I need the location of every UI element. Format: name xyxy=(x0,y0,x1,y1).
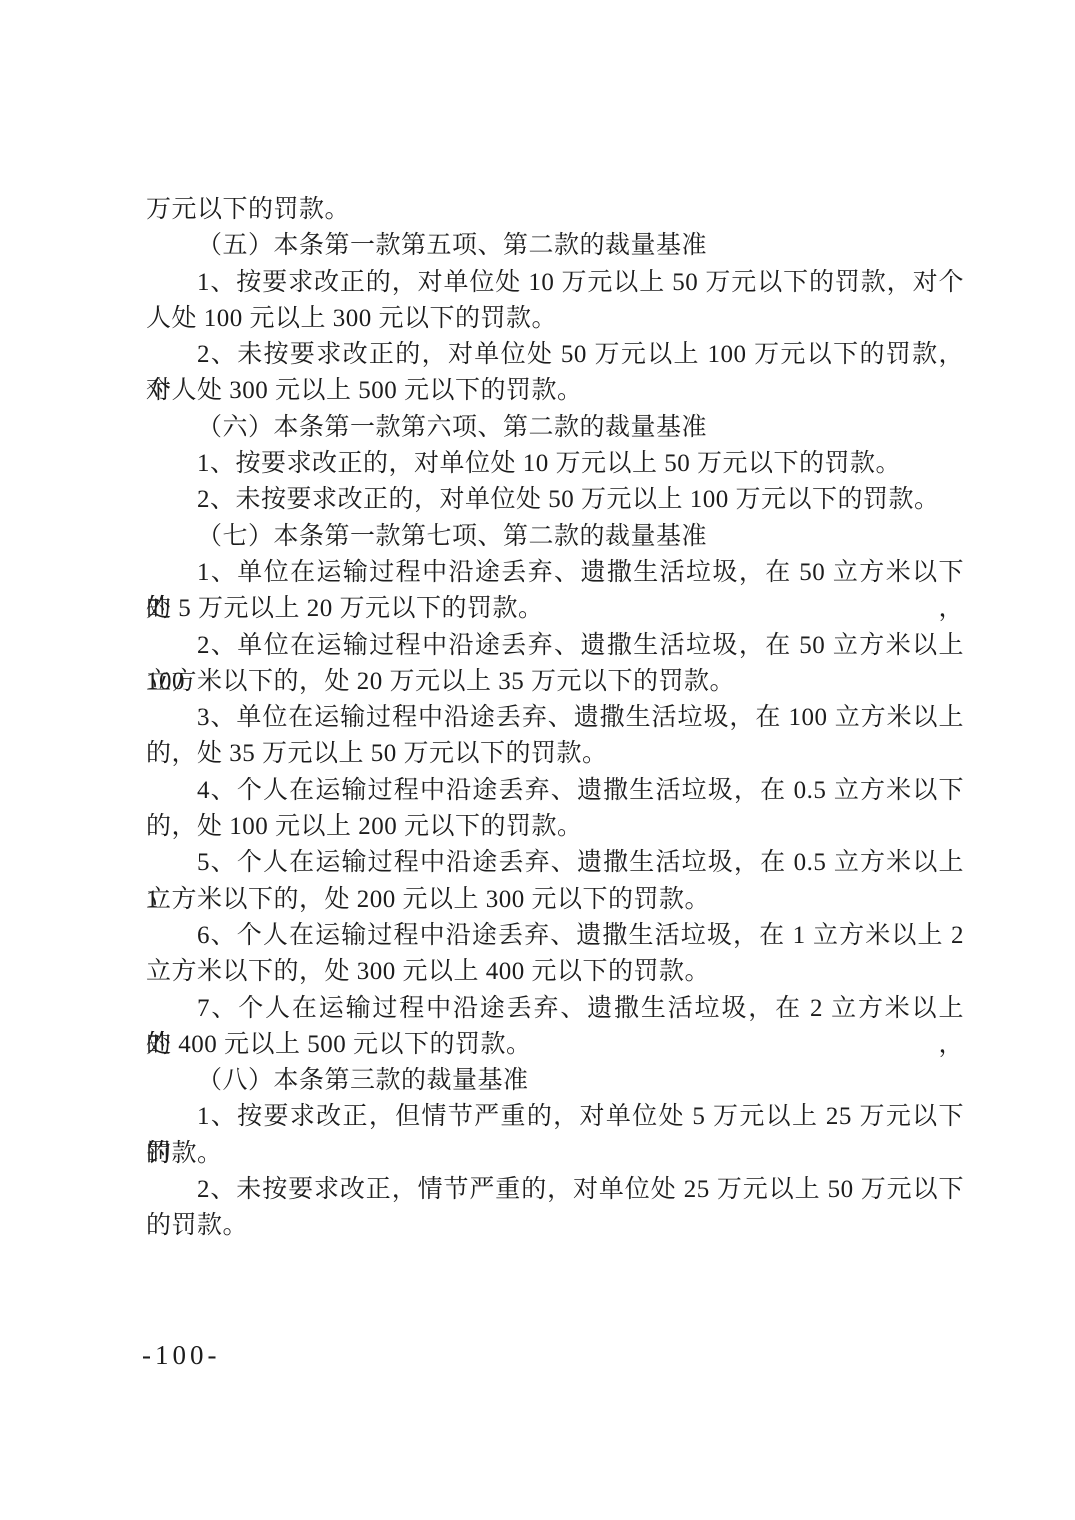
text-line: 4、个人在运输过程中沿途丢弃、遗撒生活垃圾，在 0.5 立方米以下 xyxy=(146,773,964,809)
text-line-section-heading: （五）本条第一款第五项、第二款的裁量基准 xyxy=(146,228,964,264)
text-line: 7、个人在运输过程中沿途丢弃、遗撒生活垃圾，在 2 立方米以上的， xyxy=(146,991,964,1027)
text-line: 1、按要求改正，但情节严重的，对单位处 5 万元以上 25 万元以下的 xyxy=(146,1099,964,1135)
text-line: 个人处 300 元以上 500 元以下的罚款。 xyxy=(146,373,964,409)
text-line: 1、按要求改正的，对单位处 10 万元以上 50 万元以下的罚款，对个 xyxy=(146,265,964,301)
text-line-section-heading: （七）本条第一款第七项、第二款的裁量基准 xyxy=(146,519,964,555)
text-line: 立方米以下的，处 200 元以上 300 元以下的罚款。 xyxy=(146,882,964,918)
text-line: 1、按要求改正的，对单位处 10 万元以上 50 万元以下的罚款。 xyxy=(146,446,964,482)
text-line: 万元以下的罚款。 xyxy=(146,192,964,228)
text-line: 的罚款。 xyxy=(146,1208,964,1244)
text-line: 5、个人在运输过程中沿途丢弃、遗撒生活垃圾，在 0.5 立方米以上 1 xyxy=(146,845,964,881)
text-line-section-heading: （六）本条第一款第六项、第二款的裁量基准 xyxy=(146,410,964,446)
text-line: 立方米以下的，处 300 元以上 400 元以下的罚款。 xyxy=(146,954,964,990)
text-line: 立方米以下的，处 20 万元以上 35 万元以下的罚款。 xyxy=(146,664,964,700)
document-page: 万元以下的罚款。 （五）本条第一款第五项、第二款的裁量基准 1、按要求改正的，对… xyxy=(0,0,1075,1520)
document-body: 万元以下的罚款。 （五）本条第一款第五项、第二款的裁量基准 1、按要求改正的，对… xyxy=(146,192,964,1245)
text-line: 罚款。 xyxy=(146,1136,964,1172)
text-line-section-heading: （八）本条第三款的裁量基准 xyxy=(146,1063,964,1099)
text-line: 2、单位在运输过程中沿途丢弃、遗撒生活垃圾，在 50 立方米以上 100 xyxy=(146,628,964,664)
text-line: 1、单位在运输过程中沿途丢弃、遗撒生活垃圾，在 50 立方米以下的， xyxy=(146,555,964,591)
page-number: -100- xyxy=(142,1340,220,1370)
text-line: 6、个人在运输过程中沿途丢弃、遗撒生活垃圾，在 1 立方米以上 2 xyxy=(146,918,964,954)
text-line: 2、未按要求改正，情节严重的，对单位处 25 万元以上 50 万元以下 xyxy=(146,1172,964,1208)
text-line: 的，处 35 万元以上 50 万元以下的罚款。 xyxy=(146,736,964,772)
text-line: 3、单位在运输过程中沿途丢弃、遗撒生活垃圾，在 100 立方米以上 xyxy=(146,700,964,736)
text-line: 2、未按要求改正的，对单位处 50 万元以上 100 万元以下的罚款， 对 xyxy=(146,337,964,373)
text-line: 2、未按要求改正的，对单位处 50 万元以上 100 万元以下的罚款。 xyxy=(146,482,964,518)
text-line: 的，处 100 元以上 200 元以下的罚款。 xyxy=(146,809,964,845)
text-line: 人处 100 元以上 300 元以下的罚款。 xyxy=(146,301,964,337)
